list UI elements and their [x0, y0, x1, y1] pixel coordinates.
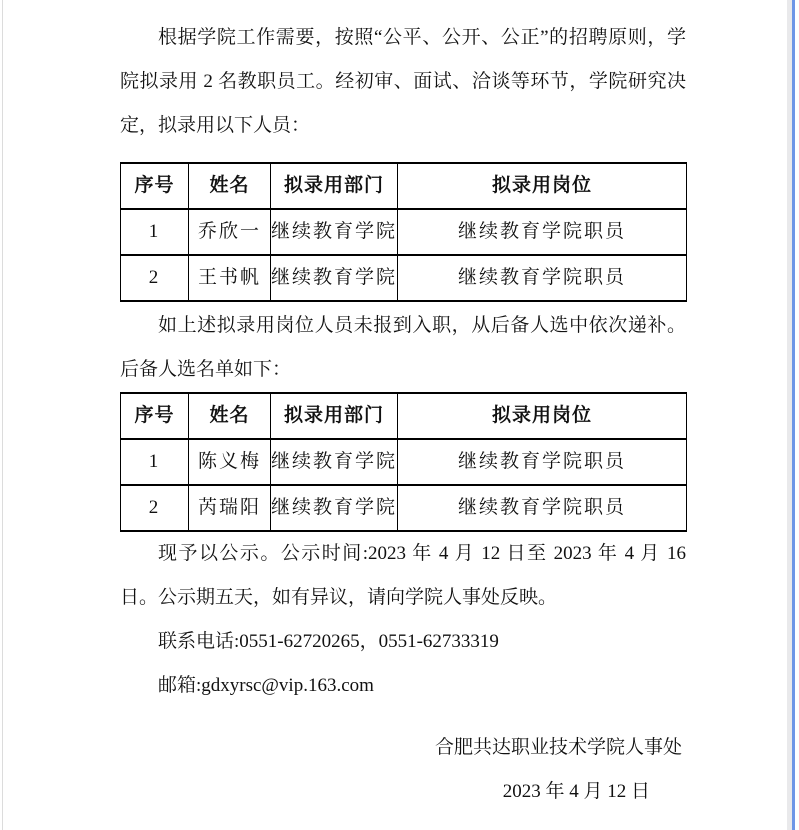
hired-list-table: 序号 姓名 拟录用部门 拟录用岗位 1 乔欣一 继续教育学院 继续教育学院职员 … — [120, 162, 687, 302]
document-page: 根据学院工作需要，按照“公平、公开、公正”的招聘原则，学院拟录用 2 名教职员工… — [120, 0, 686, 814]
column-header-position: 拟录用岗位 — [398, 393, 687, 439]
cell-position: 继续教育学院职员 — [398, 485, 687, 531]
column-header-department: 拟录用部门 — [271, 393, 398, 439]
cell-department: 继续教育学院 — [271, 439, 398, 485]
signature-date: 2023 年 4 月 12 日 — [120, 770, 686, 814]
cell-department: 继续教育学院 — [271, 209, 398, 255]
signature-block: 合肥共达职业技术学院人事处 2023 年 4 月 12 日 — [120, 726, 686, 814]
contact-email-line: 邮箱:gdxyrsc@vip.163.com — [120, 664, 686, 708]
table-row: 1 乔欣一 继续教育学院 继续教育学院职员 — [121, 209, 687, 255]
document-viewer: 根据学院工作需要，按照“公平、公开、公正”的招聘原则，学院拟录用 2 名教职员工… — [0, 0, 799, 830]
cell-name: 陈义梅 — [189, 439, 271, 485]
cell-seq: 1 — [121, 439, 189, 485]
table-row: 1 陈义梅 继续教育学院 继续教育学院职员 — [121, 439, 687, 485]
column-header-name: 姓名 — [189, 393, 271, 439]
cell-seq: 2 — [121, 255, 189, 301]
column-header-name: 姓名 — [189, 163, 271, 209]
table-row: 2 芮瑞阳 继续教育学院 继续教育学院职员 — [121, 485, 687, 531]
column-header-seq: 序号 — [121, 393, 189, 439]
table-header-row: 序号 姓名 拟录用部门 拟录用岗位 — [121, 163, 687, 209]
signature-org: 合肥共达职业技术学院人事处 — [120, 726, 686, 770]
notice-paragraph: 现予以公示。公示时间:2023 年 4 月 12 日至 2023 年 4 月 1… — [120, 532, 686, 620]
cell-seq: 1 — [121, 209, 189, 255]
intro-paragraph: 根据学院工作需要，按照“公平、公开、公正”的招聘原则，学院拟录用 2 名教职员工… — [120, 16, 686, 148]
cell-position: 继续教育学院职员 — [398, 209, 687, 255]
cell-department: 继续教育学院 — [271, 255, 398, 301]
page-left-edge — [2, 0, 3, 830]
column-header-seq: 序号 — [121, 163, 189, 209]
backup-list-table: 序号 姓名 拟录用部门 拟录用岗位 1 陈义梅 继续教育学院 继续教育学院职员 … — [120, 392, 687, 532]
table-row: 2 王书帆 继续教育学院 继续教育学院职员 — [121, 255, 687, 301]
cell-name: 芮瑞阳 — [189, 485, 271, 531]
cell-position: 继续教育学院职员 — [398, 439, 687, 485]
cell-seq: 2 — [121, 485, 189, 531]
column-header-department: 拟录用部门 — [271, 163, 398, 209]
window-edge-accent-line — [792, 0, 795, 830]
cell-department: 继续教育学院 — [271, 485, 398, 531]
backup-intro-paragraph: 如上述拟录用岗位人员未报到入职，从后备人选中依次递补。后备人选名单如下： — [120, 304, 686, 392]
cell-position: 继续教育学院职员 — [398, 255, 687, 301]
contact-phone-line: 联系电话:0551-62720265，0551-62733319 — [120, 620, 686, 664]
column-header-position: 拟录用岗位 — [398, 163, 687, 209]
table-header-row: 序号 姓名 拟录用部门 拟录用岗位 — [121, 393, 687, 439]
cell-name: 王书帆 — [189, 255, 271, 301]
cell-name: 乔欣一 — [189, 209, 271, 255]
